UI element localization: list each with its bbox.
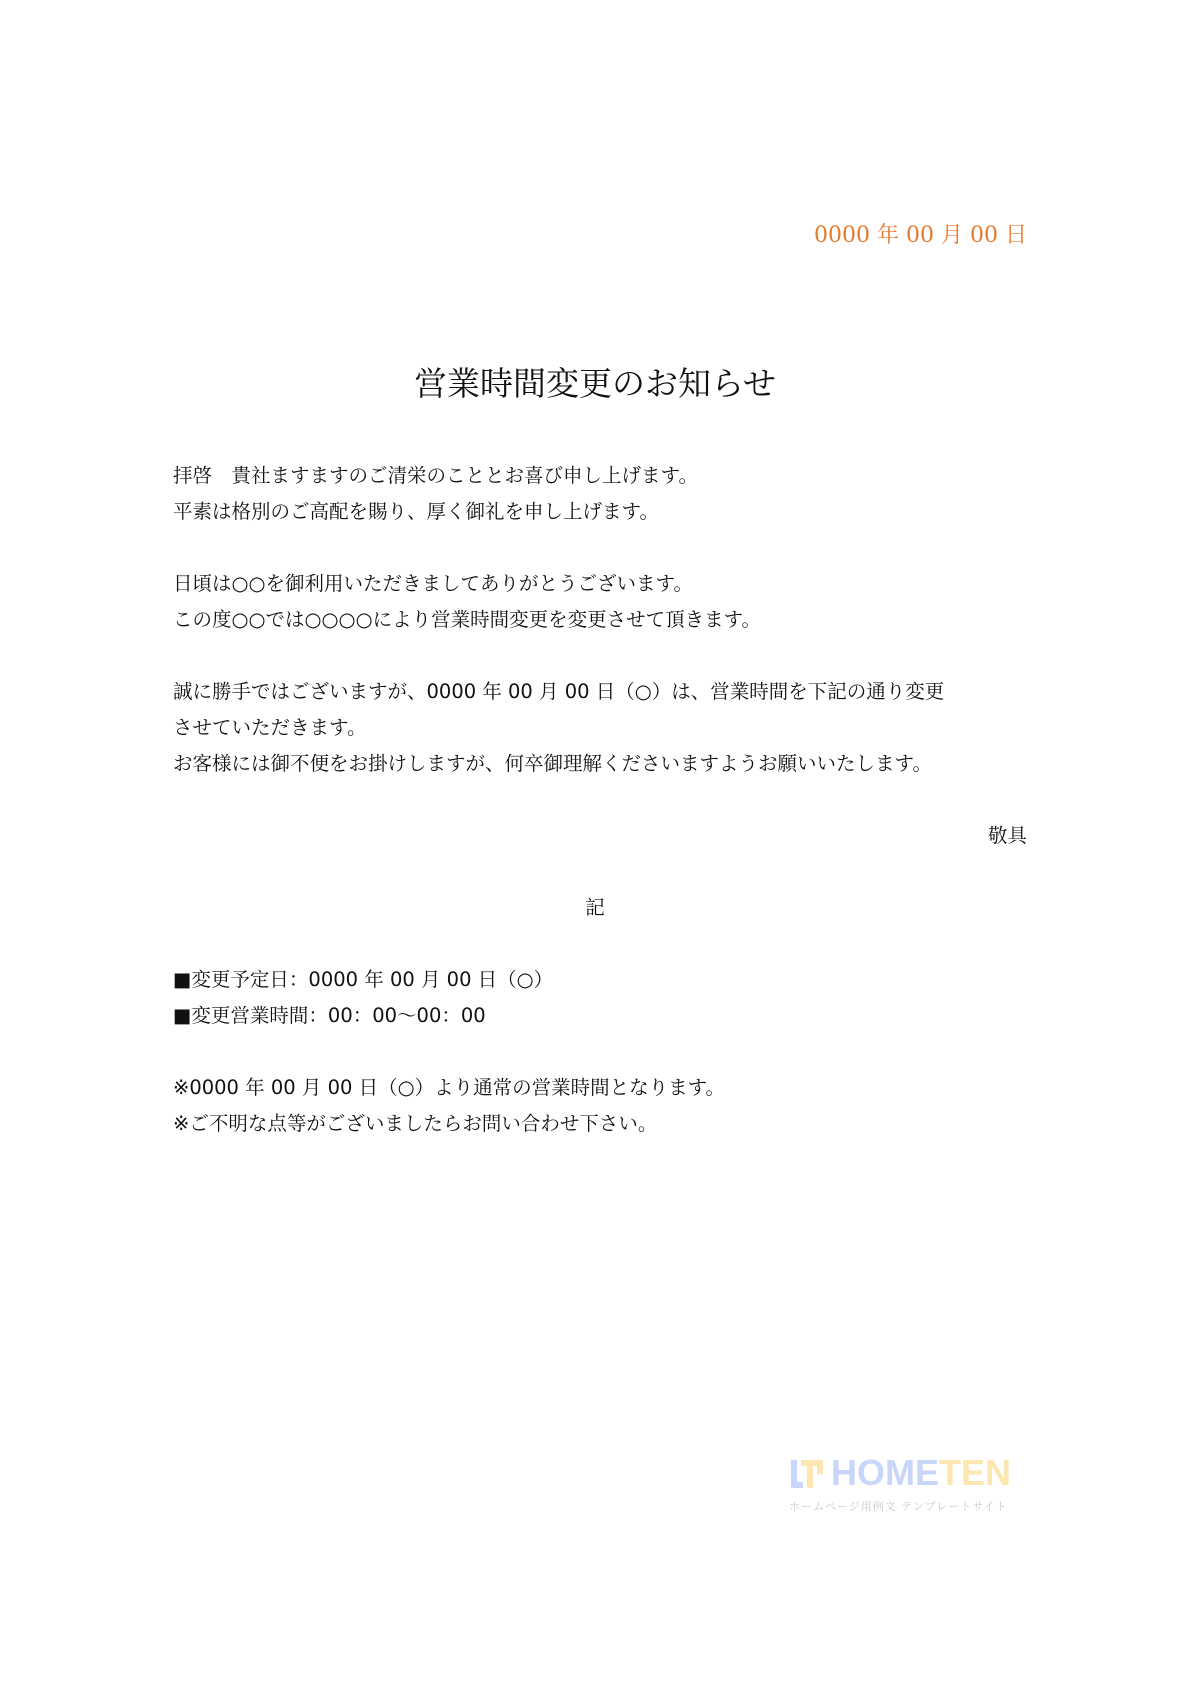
detail-change-hours: ■変更営業時間：00：00〜00：00 (173, 1000, 486, 1028)
closing-text: 敬具 (988, 820, 1027, 848)
body-line: 平素は格別のご高配を賜り、厚く御礼を申し上げます。 (173, 496, 659, 524)
body-line: お客様には御不便をお掛けしますが、何卒御理解くださいますようお願いいたします。 (173, 748, 932, 776)
body-line: させていただきます。 (173, 712, 366, 740)
hometen-logo: HOMETEN ホームページ用例文 テンプレートサイト (789, 1456, 1019, 1516)
hometen-logo-subtitle: ホームページ用例文 テンプレートサイト (789, 1498, 1008, 1514)
document-date: 0000 年 00 月 00 日 (814, 218, 1027, 249)
hometen-logo-text: HOMETEN (831, 1452, 1011, 1494)
note-line: ※0000 年 00 月 00 日（○）より通常の営業時間となります。 (173, 1072, 725, 1100)
detail-change-date: ■変更予定日：0000 年 00 月 00 日（○） (173, 964, 553, 992)
document-title: 営業時間変更のお知らせ (0, 358, 1190, 405)
hometen-logo-mark-icon (789, 1458, 825, 1490)
body-line: 誠に勝手ではございますが、0000 年 00 月 00 日（○）は、営業時間を下… (173, 676, 944, 704)
body-line: 日頃は○○を御利用いただきましてありがとうございます。 (173, 568, 693, 596)
body-line: この度○○では○○○○により営業時間変更を変更させて頂きます。 (173, 604, 761, 632)
ki-heading: 記 (0, 892, 1190, 920)
body-line: 拝啓 貴社ますますのご清栄のこととお喜び申し上げます。 (173, 460, 698, 488)
note-line: ※ご不明な点等がございましたらお問い合わせ下さい。 (173, 1108, 657, 1136)
